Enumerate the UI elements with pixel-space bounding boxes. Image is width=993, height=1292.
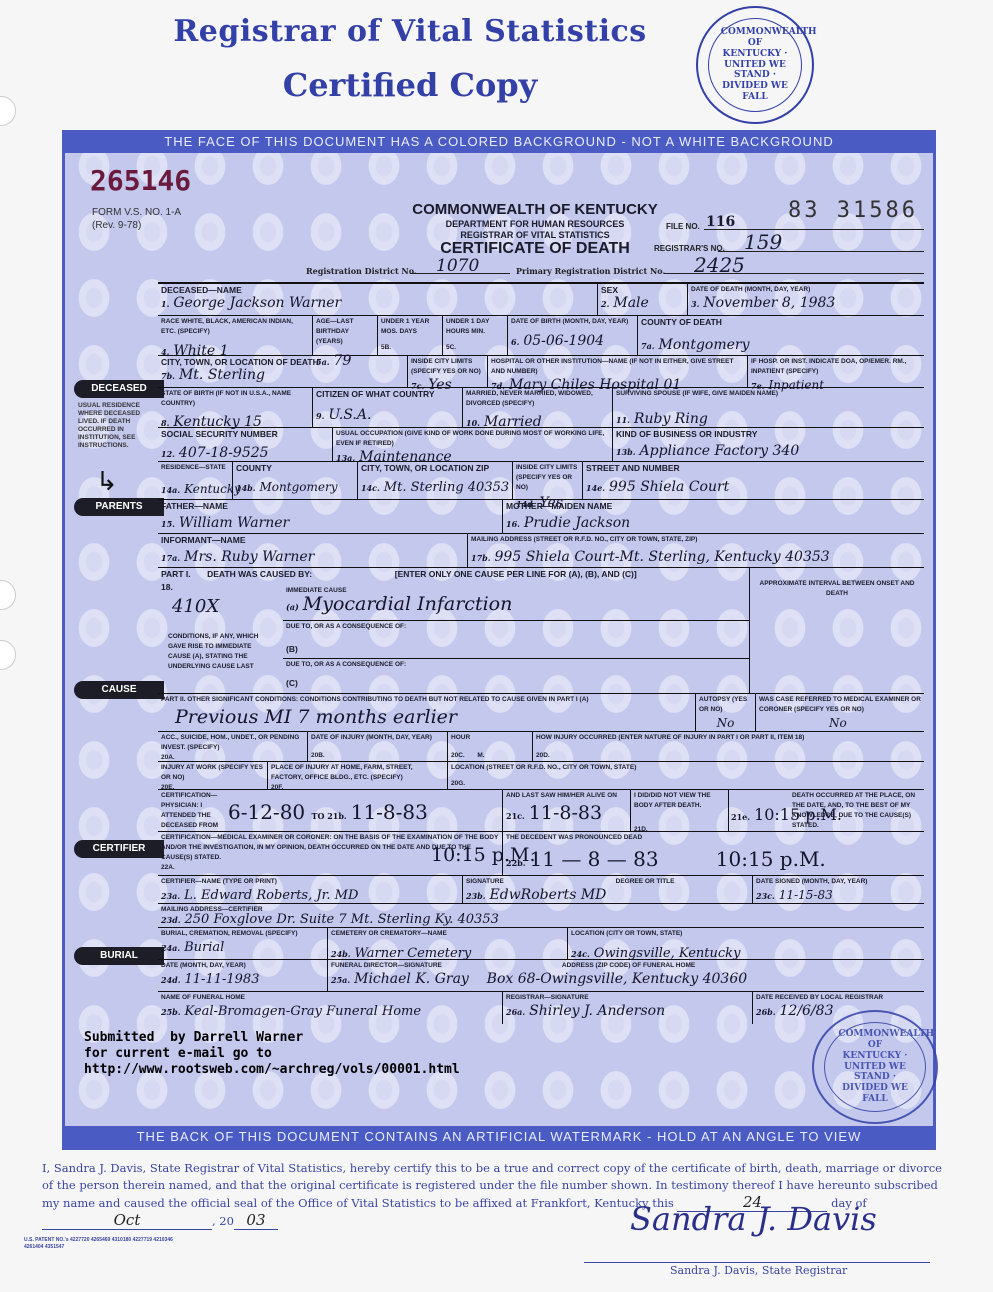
serial-number: 265146 (90, 164, 191, 197)
section-tab-deceased: DECEASED (74, 380, 164, 398)
field-residence-inside-limits: INSIDE CITY LIMITS (SPECIFY YES OR NO) 1… (513, 462, 583, 499)
field-marital-status: MARRIED, NEVER MARRIED, WIDOWED, DIVORCE… (463, 388, 613, 427)
field-cause-part1: PART I. DEATH WAS CAUSED BY: [ENTER ONLY… (158, 568, 750, 693)
agency-name: COMMONWEALTH OF KENTUCKY (390, 201, 680, 218)
reg-district-label: Registration District No. (306, 266, 417, 276)
kentucky-seal-icon: COMMONWEALTH OF KENTUCKY · UNITED WE STA… (812, 1010, 938, 1124)
field-inside-city-limits: INSIDE CITY LIMITS (SPECIFY YES OR NO) 7… (408, 356, 488, 387)
death-certificate-form: DECEASED—NAME 1.George Jackson Warner SE… (158, 282, 924, 1024)
field-injury-place: PLACE OF INJURY AT HOME, FARM, STREET, F… (268, 762, 448, 789)
cause-b: (b) (286, 644, 298, 654)
field-father-name: FATHER—NAME 15.William Warner (158, 500, 503, 533)
field-viewed-body: I DID/DID NOT VIEW THE BODY AFTER DEATH.… (631, 790, 729, 831)
field-industry: KIND OF BUSINESS OR INDUSTRY 13b.Applian… (613, 428, 924, 461)
header-subtitle: Certified Copy (130, 66, 690, 104)
section-tab-parents: PARENTS (74, 498, 164, 516)
field-registrar-signature: REGISTRAR—SIGNATURE 26a.Shirley J. Ander… (503, 992, 753, 1024)
field-death-hour: DEATH OCCURRED AT THE PLACE, ON THE DATE… (729, 790, 924, 831)
registrars-no-label: REGISTRAR'S NO. (654, 244, 725, 253)
field-pronounced-dead: THE DECEDENT WAS PRONOUNCED DEAD 22b.11 … (503, 832, 924, 875)
field-residence-county: COUNTY 14b.Montgomery (233, 462, 358, 499)
rootsweb-link[interactable]: http://www.rootsweb.com/~archreg/vols/00… (84, 1062, 460, 1078)
top-banner: THE FACE OF THIS DOCUMENT HAS A COLORED … (62, 131, 936, 153)
field-age: AGE—LAST BIRTHDAY (YEARS) 5a.79 (313, 316, 378, 355)
section-tab-cause: CAUSE (74, 681, 164, 699)
department-name: DEPARTMENT FOR HUMAN RESOURCES (390, 219, 680, 229)
field-hospital-status: IF HOSP. OR INST. Indicate DOA, OP/Emer.… (748, 356, 924, 387)
kentucky-seal-icon: COMMONWEALTH OF KENTUCKY · UNITED WE STA… (696, 6, 814, 124)
reg-district: 1070 (436, 256, 479, 276)
field-residence-state: RESIDENCE—STATE 14a.Kentucky (158, 462, 233, 499)
punch-hole-icon (0, 96, 16, 126)
field-informant-name: INFORMANT—NAME 17a.Mrs. Ruby Warner (158, 534, 468, 567)
field-street-address: STREET AND NUMBER 14e.995 Shiela Court (583, 462, 924, 499)
signature-line (584, 1262, 930, 1263)
cause-code: 410X (172, 598, 219, 615)
patent-numbers: U.S. PATENT NO.'s 4227720 4265469 431018… (24, 1237, 184, 1251)
field-referred-to-examiner: WAS CASE REFERRED TO MEDICAL EXAMINER OR… (756, 694, 924, 731)
field-certifier-signature: SIGNATURE DEGREE OR TITLE 23b.EdwRoberts… (463, 876, 753, 903)
punch-hole-icon (0, 580, 16, 610)
field-date-of-birth: DATE OF BIRTH (MONTH, DAY, YEAR) 6.05-06… (508, 316, 638, 355)
field-autopsy: AUTOPSY (Yes or No) No (696, 694, 756, 731)
field-residence-city: CITY, TOWN, OR LOCATION ZIP 14c.Mt. Ster… (358, 462, 513, 499)
registrar-signature: Sandra J. Davis (630, 1200, 877, 1238)
bottom-banner: THE BACK OF THIS DOCUMENT CONTAINS AN AR… (62, 1126, 936, 1148)
field-injury-at-work: INJURY AT WORK (SPECIFY YES OR NO)20e. (158, 762, 268, 789)
field-city-of-death: CITY, TOWN, OR LOCATION OF DEATH 7b.Mt. … (158, 356, 408, 387)
registrar-name: REGISTRAR OF VITAL STATISTICS (390, 230, 680, 240)
field-burial-location: LOCATION (CITY OR TOWN, STATE) 24c.Owing… (568, 928, 924, 959)
registrars-no: 159 (744, 230, 782, 254)
field-how-injury-occurred: HOW INJURY OCCURRED (ENTER NATURE OF INJ… (533, 732, 924, 761)
field-under-1-year: UNDER 1 YEAR MOS. DAYS 5b. (378, 316, 443, 355)
certified-year: 03 (234, 1212, 278, 1230)
field-surviving-spouse: SURVIVING SPOUSE (IF WIFE, GIVE MAIDEN N… (613, 388, 924, 427)
submission-note: Submitted by Darrell Warnerfor current e… (84, 1030, 460, 1078)
field-deceased-name: DECEASED—NAME 1.George Jackson Warner (158, 284, 598, 315)
header-title: Registrar of Vital Statistics (130, 14, 690, 49)
field-date-of-death: DATE OF DEATH (MONTH, DAY, YEAR) 3.Novem… (688, 284, 924, 315)
registrar-name: Sandra J. Davis, State Registrar (670, 1264, 847, 1277)
form-number: FORM V.S. NO. 1-A (Rev. 9-78) (92, 206, 181, 232)
field-burial-date: DATE (MONTH, DAY, YEAR) 24d.11-11-1983 (158, 960, 328, 991)
field-injury-hour: HOUR20c. M. (448, 732, 533, 761)
file-no: 116 (706, 214, 735, 230)
field-disposition: BURIAL, CREMATION, REMOVAL (SPECIFY) 24a… (158, 928, 328, 959)
primary-district: 2425 (694, 253, 745, 277)
section-tab-burial: BURIAL (74, 947, 164, 965)
field-hospital: HOSPITAL OR OTHER INSTITUTION—Name (if n… (488, 356, 748, 387)
field-mother-name: MOTHER—MAIDEN NAME 16.Prudie Jackson (503, 500, 924, 533)
field-informant-address: MAILING ADDRESS (STREET OR R.F.D. NO., C… (468, 534, 924, 567)
field-cause-part2: PART II. OTHER SIGNIFICANT CONDITIONS: C… (158, 694, 696, 731)
punch-hole-icon (0, 640, 16, 670)
field-county-of-death: COUNTY OF DEATH 7a.Montgomery (638, 316, 924, 355)
primary-district-label: Primary Registration District No. (516, 266, 665, 276)
field-cemetery: CEMETERY OR CREMATORY—NAME 24b.Warner Ce… (328, 928, 568, 959)
field-last-seen-alive: AND LAST SAW HIM/HER ALIVE ON 21c.11-8-8… (503, 790, 631, 831)
field-under-1-day: UNDER 1 DAY HOURS MIN. 5c. (443, 316, 508, 355)
field-state-of-birth: STATE OF BIRTH (IF NOT IN U.S.A., NAME C… (158, 388, 313, 427)
file-no-label: FILE NO. (666, 222, 700, 231)
certified-month: Oct (42, 1212, 212, 1230)
field-certifier-name: CERTIFIER—NAME (TYPE OR PRINT) 23a.L. Ed… (158, 876, 463, 903)
field-race: RACE WHITE, BLACK, AMERICAN INDIAN, ETC.… (158, 316, 313, 355)
field-attended-dates: CERTIFICATION—PHYSICIAN: I ATTENDED THE … (158, 790, 503, 831)
cause-a: (a)Myocardial Infarction (286, 596, 512, 616)
field-funeral-home: NAME OF FUNERAL HOME 25b.Keal-Bromagen-G… (158, 992, 503, 1024)
field-ssn: SOCIAL SECURITY NUMBER 12.407-18-9525 (158, 428, 333, 461)
document-title: CERTIFICATE OF DEATH (390, 240, 680, 258)
field-funeral-director: FUNERAL DIRECTOR—SIGNATUREADDRESS (ZIP C… (328, 960, 924, 991)
field-onset-interval: APPROXIMATE INTERVAL BETWEEN ONSET AND D… (750, 568, 924, 693)
field-certifier-address: MAILING ADDRESS—CERTIFIER 23d.250 Foxglo… (158, 904, 924, 927)
field-date-signed: DATE SIGNED (MONTH, DAY, YEAR) 23c.11-15… (753, 876, 924, 903)
field-occupation: USUAL OCCUPATION (GIVE KIND OF WORK DONE… (333, 428, 613, 461)
section-tab-certifier: CERTIFIER (74, 840, 164, 858)
cause-c: (c) (286, 678, 298, 688)
field-manner-of-death: ACC., SUICIDE, HOM., UNDET., OR PENDING … (158, 732, 308, 761)
field-injury-location: LOCATION (STREET OR R.F.D. NO., CITY OR … (448, 762, 924, 789)
field-citizenship: CITIZEN OF WHAT COUNTRY 9.U.S.A. (313, 388, 463, 427)
residence-note: USUAL RESIDENCE WHERE DECEASED LIVED. IF… (78, 402, 158, 450)
field-sex: SEX 2.Male (598, 284, 688, 315)
arrow-right-icon: ↳ (96, 466, 118, 497)
field-injury-date: DATE OF INJURY (MONTH, DAY, YEAR)20b. (308, 732, 448, 761)
